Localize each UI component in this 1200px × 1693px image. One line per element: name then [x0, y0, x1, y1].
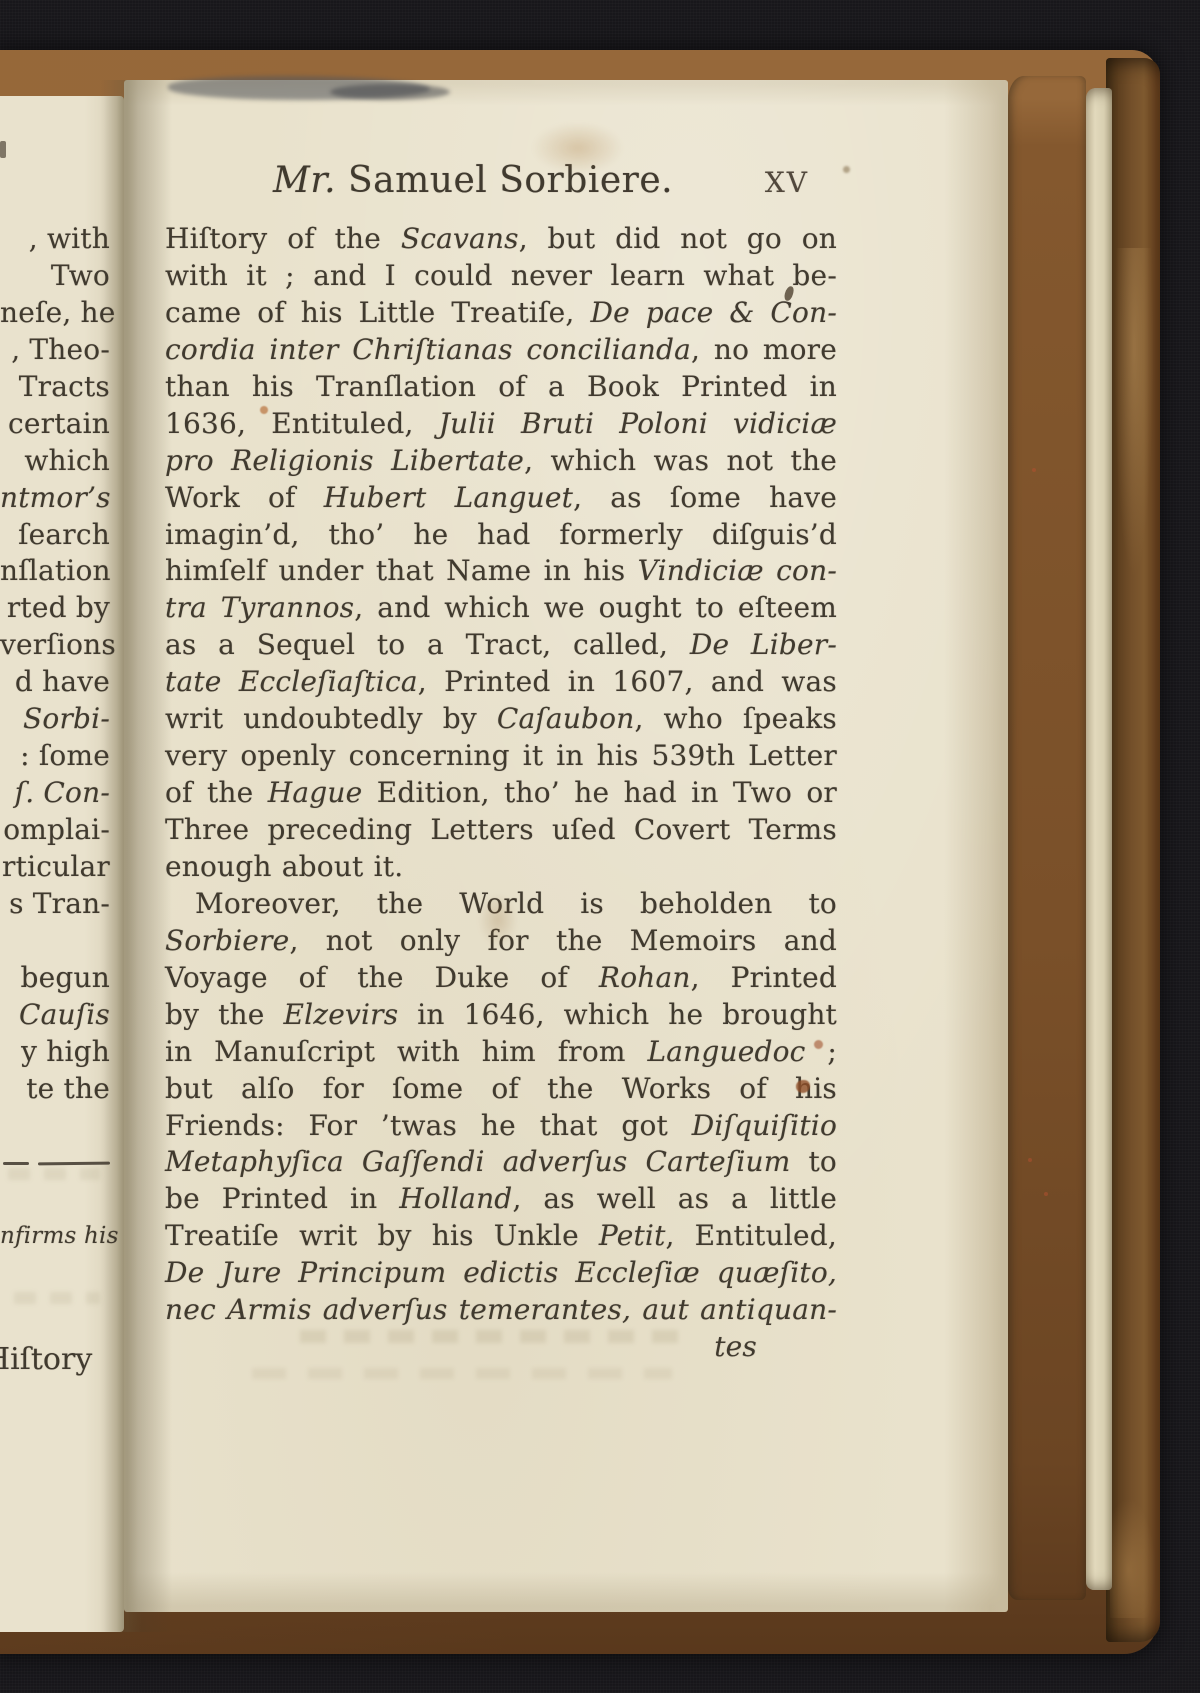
roman-text: of the	[165, 776, 268, 809]
italic-text: nec Armis adverſus temerantes, aut antiq…	[165, 1293, 837, 1326]
roman-text: , and which we ought to eſteem	[354, 591, 837, 624]
facing-text-line	[0, 1181, 110, 1218]
italic-text: Cauſis	[19, 998, 110, 1031]
text-line: 1636, Entituled, Julii Bruti Poloni vidi…	[165, 406, 837, 443]
roman-text: Friends: For ’twas he that got	[165, 1109, 692, 1142]
facing-text-line: nſlation	[0, 553, 110, 590]
roman-text: nſlation	[0, 554, 111, 587]
facing-text-line: Cauſis	[0, 997, 110, 1034]
text-line: Sorbiere, not only for the Memoirs and	[165, 923, 837, 960]
roman-text: , as ſome have	[573, 481, 837, 514]
italic-text: Languedoc	[647, 1035, 805, 1068]
italic-text: Julii Bruti Poloni vidiciæ	[439, 407, 837, 440]
italic-text: Elzevirs	[283, 998, 398, 1031]
facing-text-line: y high	[0, 1034, 110, 1071]
italic-text: Caſaubon	[497, 702, 635, 735]
text-line: came of his Little Treatiſe, De pace & C…	[165, 295, 837, 332]
italic-text: tate Eccleſiaſtica	[165, 665, 418, 698]
roman-text: Voyage of the Duke of	[165, 961, 599, 994]
facing-text-line	[0, 1108, 110, 1145]
roman-text: Tracts	[19, 370, 110, 403]
italic-text: ntmor’s	[0, 481, 111, 514]
roman-text: , Theo-	[11, 333, 110, 366]
page-block-fore-edge	[1008, 76, 1086, 1600]
facing-text-line: neſe, he	[0, 295, 110, 332]
italic-text: De pace & Con-	[590, 296, 837, 329]
text-line: Hiſtory of the Scavans, but did not go o…	[165, 221, 837, 258]
flyleaf-strip	[1086, 88, 1112, 1590]
page-title-rest: Samuel Sorbiere.	[336, 160, 673, 201]
italic-text: cordia inter Chriſtianas concilianda	[165, 333, 691, 366]
text-line: than his Tranſlation of a Book Printed i…	[165, 369, 837, 406]
roman-text: begun	[21, 961, 110, 994]
roman-text: Hiſtory of the	[165, 222, 401, 255]
text-line: in Manuſcript with him from Languedoc ;	[165, 1034, 837, 1071]
text-line: Voyage of the Duke of Rohan, Printed	[165, 960, 837, 997]
roman-text: very openly concerning it in his 539th L…	[165, 739, 837, 772]
facing-text-line: ſearch	[0, 517, 110, 554]
facing-text-line: rted by	[0, 590, 110, 627]
facing-text-line: ſ. Con-	[0, 775, 110, 812]
facing-page-text: , withTwoneſe, he, Theo-Tractscertainwhi…	[0, 221, 110, 1255]
text-line: enough about it.	[165, 849, 837, 886]
roman-text: himſelf under that Name in his	[165, 554, 638, 587]
roman-text: but alſo for ſome of the Works of his	[165, 1072, 837, 1105]
facing-text-line: Two	[0, 258, 110, 295]
facing-text-line: te the	[0, 1071, 110, 1108]
roman-text: to	[790, 1145, 837, 1178]
roman-text: , but did not go on	[519, 222, 837, 255]
text-line: Moreover, the World is beholden to	[165, 886, 837, 923]
facing-text-line: verſions	[0, 627, 110, 664]
book-photo: Mr. Samuel Sorbiere. XV Hiſtory of the S…	[0, 0, 1200, 1693]
roman-text: verſions	[0, 628, 116, 661]
facing-text-line	[0, 1144, 110, 1181]
text-line: very openly concerning it in his 539th L…	[165, 738, 837, 775]
text-line: be Printed in Holland, as well as a litt…	[165, 1181, 837, 1218]
facing-page-catchword: Hiſtory	[0, 1342, 92, 1377]
roman-text: came of his Little Treatiſe,	[165, 296, 590, 329]
headband-shadow	[330, 84, 450, 100]
rule-dash	[3, 1162, 29, 1165]
facing-text-line: omplai-	[0, 812, 110, 849]
roman-text: , Printed	[691, 961, 837, 994]
italic-text: tes	[714, 1330, 757, 1363]
text-line: imagin’d, tho’ he had formerly diſguis’d	[165, 517, 837, 554]
page-number: XV	[765, 166, 809, 199]
facing-text-line: certain	[0, 406, 110, 443]
roman-text: y high	[21, 1035, 110, 1068]
facing-text-line: nfirms his	[0, 1218, 110, 1255]
text-line: by the Elzevirs in 1646, which he brough…	[165, 997, 837, 1034]
roman-text: imagin’d, tho’ he had formerly diſguis’d	[165, 518, 837, 551]
facing-text-line: : ſome	[0, 738, 110, 775]
italic-text: Sorbiere	[165, 924, 289, 957]
roman-text: by the	[165, 998, 283, 1031]
roman-text: Two	[51, 259, 110, 292]
text-line: De Jure Principum edictis Eccleſiæ quæſi…	[165, 1255, 837, 1292]
leather-fore-edge-cover	[1106, 58, 1160, 1642]
roman-text: , Entituled,	[666, 1219, 837, 1252]
facing-text-line: Sorbi-	[0, 701, 110, 738]
text-line: Metaphyſica Gaſſendi adverſus Carteſium …	[165, 1144, 837, 1181]
facing-text-line: s Tran-	[0, 886, 110, 923]
italic-text: De Liber-	[690, 628, 837, 661]
italic-text: Sorbi-	[23, 702, 110, 735]
roman-text: 1636, Entituled,	[165, 407, 439, 440]
text-line: writ undoubtedly by Caſaubon, who ſpeaks	[165, 701, 837, 738]
roman-text: , no more	[691, 333, 837, 366]
roman-text: , not only for the Memoirs and	[289, 924, 837, 957]
facing-text-line: d have	[0, 664, 110, 701]
roman-text: Work of	[165, 481, 324, 514]
roman-text: , Printed in 1607, and was	[418, 665, 837, 698]
text-line: tes	[165, 1329, 837, 1366]
text-line: tra Tyrannos, and which we ought to eſte…	[165, 590, 837, 627]
italic-text: ſ. Con-	[15, 776, 110, 809]
italic-text: Diſquiſitio	[692, 1109, 837, 1142]
text-line: as a Sequel to a Tract, called, De Liber…	[165, 627, 837, 664]
facing-text-line: Tracts	[0, 369, 110, 406]
roman-text: which	[24, 444, 110, 477]
roman-text: than his Tranſlation of a Book Printed i…	[165, 370, 837, 403]
roman-text: be Printed in	[165, 1182, 399, 1215]
italic-text: Vindiciæ con-	[638, 554, 837, 587]
facing-text-line: which	[0, 443, 110, 480]
italic-text: Petit	[599, 1219, 666, 1252]
roman-text: neſe, he	[0, 296, 116, 329]
text-line: pro Religionis Libertate, which was not …	[165, 443, 837, 480]
text-line: himſelf under that Name in his Vindiciæ …	[165, 553, 837, 590]
roman-text: , who ſpeaks	[634, 702, 837, 735]
roman-text: rted by	[7, 591, 110, 624]
text-line: nec Armis adverſus temerantes, aut antiq…	[165, 1292, 837, 1329]
italic-text: Hague	[268, 776, 363, 809]
italic-text: Rohan	[599, 961, 691, 994]
page-body-text: Hiſtory of the Scavans, but did not go o…	[165, 221, 837, 1366]
roman-text: d have	[15, 665, 110, 698]
text-line: with it ; and I could never learn what b…	[165, 258, 837, 295]
roman-text: with it ; and I could never learn what b…	[165, 259, 837, 292]
page-title: Mr. Samuel Sorbiere.	[273, 160, 673, 201]
text-line: Three preceding Letters uſed Covert Term…	[165, 812, 837, 849]
roman-text: rticular	[2, 850, 110, 883]
text-line: tate Eccleſiaſtica, Printed in 1607, and…	[165, 664, 837, 701]
roman-text: s Tran-	[9, 887, 110, 920]
roman-text: omplai-	[3, 813, 110, 846]
roman-text: writ undoubtedly by	[165, 702, 497, 735]
rule-dash	[38, 1162, 110, 1166]
text-line: of the Hague Edition, tho’ he had in Two…	[165, 775, 837, 812]
roman-text: enough about it.	[165, 850, 403, 883]
roman-text: , which was not the	[524, 444, 837, 477]
text-line: Treatiſe writ by his Unkle Petit, Entitu…	[165, 1218, 837, 1255]
page-title-prefix: Mr.	[273, 160, 336, 201]
facing-text-line: , Theo-	[0, 332, 110, 369]
roman-text: te the	[26, 1072, 110, 1105]
roman-text: , as well as a little	[512, 1182, 837, 1215]
roman-text: in Manuſcript with him from	[165, 1035, 647, 1068]
text-line: but alſo for ſome of the Works of his	[165, 1071, 837, 1108]
roman-text: certain	[8, 407, 110, 440]
roman-text: Edition, tho’ he had in Two or	[362, 776, 837, 809]
italic-text: nfirms his	[0, 1223, 119, 1249]
roman-text: as a Sequel to a Tract, called,	[165, 628, 690, 661]
roman-text: Moreover, the World is beholden to	[195, 887, 837, 920]
italic-text: De Jure Principum edictis Eccleſiæ quæſi…	[165, 1256, 837, 1289]
italic-text: Hubert Languet	[324, 481, 573, 514]
roman-text: in 1646, which he brought	[398, 998, 837, 1031]
facing-text-line	[0, 923, 110, 960]
roman-text: : ſome	[20, 739, 110, 772]
italic-text: Holland	[399, 1182, 512, 1215]
text-line: Work of Hubert Languet, as ſome have	[165, 480, 837, 517]
text-line: cordia inter Chriſtianas concilianda, no…	[165, 332, 837, 369]
italic-text: Scavans	[401, 222, 519, 255]
roman-text: ſearch	[18, 518, 110, 551]
facing-text-line: rticular	[0, 849, 110, 886]
roman-text: , with	[29, 222, 110, 255]
roman-text: Treatiſe writ by his Unkle	[165, 1219, 599, 1252]
text-line: Friends: For ’twas he that got Diſquiſit…	[165, 1108, 837, 1145]
roman-text: ;	[806, 1035, 837, 1068]
italic-text: Metaphyſica Gaſſendi adverſus Carteſium	[165, 1145, 790, 1178]
roman-text: Three preceding Letters uſed Covert Term…	[165, 813, 837, 846]
facing-text-line: begun	[0, 960, 110, 997]
italic-text: pro Religionis Libertate	[165, 444, 524, 477]
facing-text-line: ntmor’s	[0, 480, 110, 517]
running-head: Mr. Samuel Sorbiere. XV	[165, 160, 837, 204]
italic-text: tra Tyrannos	[165, 591, 354, 624]
facing-text-line: , with	[0, 221, 110, 258]
